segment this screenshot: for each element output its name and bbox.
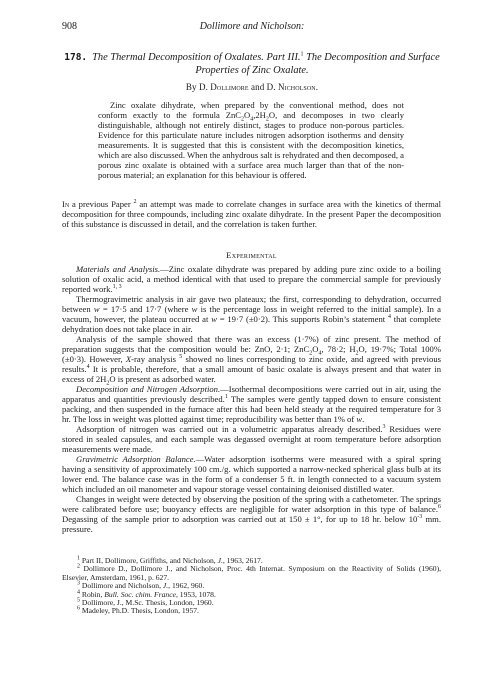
text: Dollimore D., Dollimore J., and Nicholso…	[62, 564, 441, 581]
text: O is present as adsorbed water.	[109, 374, 215, 384]
running-title: Dollimore and Nicholson:	[62, 20, 442, 34]
reference: 1, 3	[113, 284, 122, 290]
materials-paragraph: Materials and Analysis.—Zinc oxalate dih…	[62, 264, 441, 294]
running-head: 908 Dollimore and Nicholson:	[62, 20, 442, 34]
abstract-paragraph: Zinc oxalate dihydrate, when prepared by…	[98, 100, 404, 180]
run-in-heading: Decomposition and Nitrogen Adsorption.	[76, 384, 220, 394]
reference: 6	[438, 504, 441, 510]
journal-page: 908 Dollimore and Nicholson: 178.The The…	[0, 0, 500, 679]
text: a previous Paper	[69, 199, 133, 209]
analysis-paragraph: Analysis of the sample showed that there…	[62, 334, 441, 384]
section-heading-experimental: Experimental	[62, 250, 441, 260]
footnotes: 1 Part II, Dollimore, Griffiths, and Nic…	[62, 557, 441, 616]
footnote-2: 2 Dollimore D., Dollimore J., and Nichol…	[62, 565, 441, 582]
author-dollimore: Dollimore	[210, 82, 248, 92]
text: O, and decomposes in two clearly disting…	[98, 110, 404, 180]
abstract: Zinc oxalate dihydrate, when prepared by…	[98, 100, 404, 180]
gravimetric-paragraph: Gravimetric Adsorption Balance.—Water ad…	[62, 454, 441, 494]
text: = 19·7 (±0·2). This supports Robin’s sta…	[217, 314, 388, 324]
decomposition-paragraph: Decomposition and Nitrogen Adsorption.—I…	[62, 384, 441, 424]
run-in-heading: Materials and Analysis.	[76, 264, 160, 274]
title-part-1: The Thermal Decomposition of Oxalates. P…	[92, 52, 300, 63]
byline-by: By D.	[186, 82, 210, 92]
article-title: 178.The Thermal Decomposition of Oxalate…	[62, 51, 442, 77]
tga-paragraph: Thermogravimetric analysis in air gave t…	[62, 294, 441, 334]
text: ,2H	[253, 110, 266, 120]
text: Changes in weight were detected by obser…	[62, 494, 441, 514]
intro-paragraph: In a previous Paper 2 an attempt was mad…	[62, 199, 441, 229]
text: Degassing of the sample prior to adsorpt…	[62, 514, 417, 524]
article-number: 178.	[64, 52, 87, 63]
author-nicholson: Nicholson	[278, 82, 316, 92]
changes-paragraph: Changes in weight were detected by obser…	[62, 494, 441, 534]
text: Adsorption of nitrogen was carried out i…	[76, 424, 382, 434]
byline-end: .	[316, 82, 318, 92]
footnote-6: 6 Madeley, Ph.D. Thesis, London, 1957.	[62, 607, 441, 615]
adsorption-paragraph: Adsorption of nitrogen was carried out i…	[62, 424, 441, 454]
text: -ray analysis	[131, 354, 179, 364]
text: = 17·5 and 17·7 (where	[100, 304, 192, 314]
byline-and: and D.	[249, 82, 278, 92]
run-in-heading: Gravimetric Adsorption Balance.	[76, 454, 196, 464]
experimental-section: Materials and Analysis.—Zinc oxalate dih…	[62, 264, 441, 534]
text: .	[362, 414, 364, 424]
text: , 78·2; H	[321, 344, 355, 354]
byline: By D. Dollimore and D. Nicholson.	[62, 81, 442, 93]
text: Madeley, Ph.D. Thesis, London, 1957.	[80, 606, 199, 615]
introduction: In a previous Paper 2 an attempt was mad…	[62, 199, 441, 229]
